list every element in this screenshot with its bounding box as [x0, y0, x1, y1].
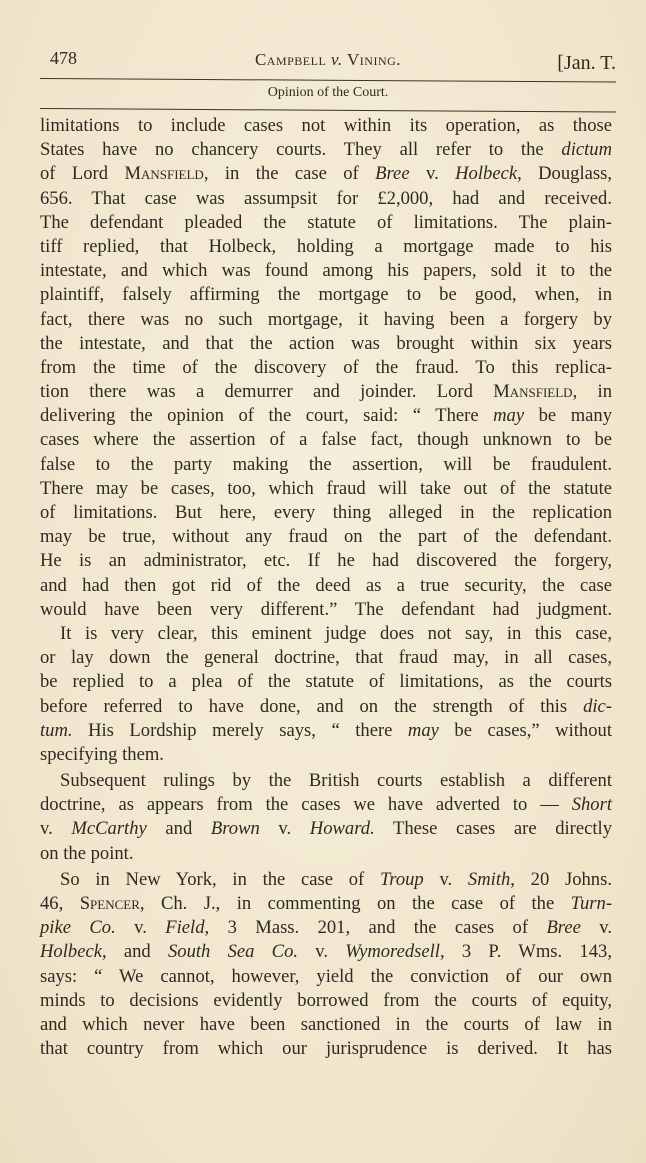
text-line: would have been very different.” The def… — [40, 598, 612, 622]
text-line: intestate, and which was found among his… — [40, 259, 612, 283]
text-line: He is an administrator, etc. If he had d… — [40, 549, 612, 573]
text-line: from the time of the discovery of the fr… — [40, 356, 612, 380]
text-line: false to the party making the assertion,… — [40, 453, 612, 477]
text-line: says: “ We cannot, however, yield the co… — [40, 965, 612, 989]
text-line: delivering the opinion of the court, sai… — [40, 404, 612, 428]
text-line: limitations to include cases not within … — [40, 114, 612, 138]
text-line: minds to decisions evidently borrowed fr… — [40, 989, 612, 1013]
term-label: [Jan. T. — [557, 52, 616, 75]
paragraph-start-line: Subsequent rulings by the British courts… — [40, 769, 612, 793]
text-line: the intestate, and that the action was b… — [40, 332, 612, 356]
text-line: plaintiff, falsely affirming the mortgag… — [40, 283, 612, 307]
text-line: v. McCarthy and Brown v. Howard. These c… — [40, 817, 612, 841]
text-line: 656. That case was assumpsit for £2,000,… — [40, 187, 612, 211]
running-head: 478 Campbell v. Vining. [Jan. T. — [40, 48, 616, 78]
text-line: cases where the assertion of a false fac… — [40, 428, 612, 452]
text-line: pike Co. v. Field, 3 Mass. 201, and the … — [40, 916, 612, 940]
text-line: States have no chancery courts. They all… — [40, 138, 612, 162]
opinion-body: limitations to include cases not within … — [40, 114, 612, 1061]
section-heading: Opinion of the Court. — [40, 85, 616, 101]
text-line: doctrine, as appears from the cases we h… — [40, 793, 612, 817]
text-line: Holbeck, and South Sea Co. v. Wymoredsel… — [40, 940, 612, 964]
text-line: tiff replied, that Holbeck, holding a mo… — [40, 235, 612, 259]
text-line: of Lord Mansfield, in the case of Bree v… — [40, 162, 612, 186]
text-line: of limitations. But here, every thing al… — [40, 501, 612, 525]
text-line: or lay down the general doctrine, that f… — [40, 646, 612, 670]
text-line: The defendant pleaded the statute of lim… — [40, 211, 612, 235]
text-line: tion there was a demurrer and joinder. L… — [40, 380, 612, 404]
paragraph-start-line: So in New York, in the case of Troup v. … — [40, 868, 612, 892]
paragraph-end-line: specifying them. — [40, 743, 612, 767]
document-page: 478 Campbell v. Vining. [Jan. T. Opinion… — [0, 0, 646, 1163]
text-line: fact, there was no such mortgage, it hav… — [40, 308, 612, 332]
text-line: There may be cases, too, which fraud wil… — [40, 477, 612, 501]
section-rule — [40, 108, 616, 113]
header-rule — [40, 78, 616, 83]
text-line: may be true, without any fraud on the pa… — [40, 525, 612, 549]
paragraph-end-line: on the point. — [40, 842, 612, 866]
case-title: Campbell v. Vining. — [40, 50, 616, 70]
text-line: and had then got rid of the deed as a tr… — [40, 574, 612, 598]
text-line: tum. His Lordship merely says, “ there m… — [40, 719, 612, 743]
paragraph-start-line: It is very clear, this eminent judge doe… — [40, 622, 612, 646]
text-line: that country from which our jurisprudenc… — [40, 1037, 612, 1061]
text-line: and which never have been sanctioned in … — [40, 1013, 612, 1037]
text-line: be replied to a plea of the statute of l… — [40, 670, 612, 694]
text-line: 46, Spencer, Ch. J., in commenting on th… — [40, 892, 612, 916]
text-line: before referred to have done, and on the… — [40, 695, 612, 719]
